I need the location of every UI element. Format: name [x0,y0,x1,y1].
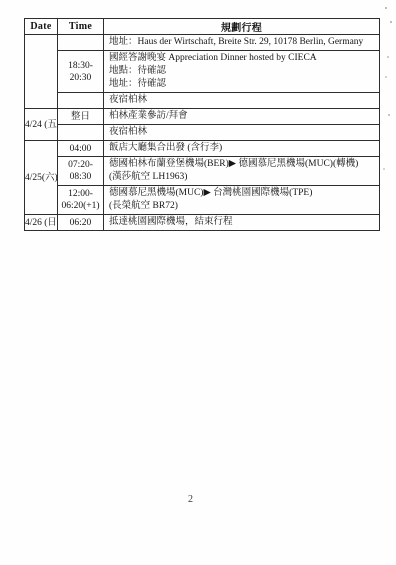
plan-line: 夜宿柏林 [109,94,376,107]
page-number: 2 [188,494,193,505]
plan-line: 地址：Haus der Wirtschaft, Breite Str. 29, … [109,36,376,49]
table-row: 18:30- 20:30 國經答謝晚宴 Appreciation Dinner … [25,51,380,93]
plan-cell: 國經答謝晚宴 Appreciation Dinner hosted by CIE… [104,51,380,93]
itinerary-table: Date Time 規劃行程 地址：Haus der Wirtschaft, B… [24,18,380,231]
plan-line: 抵達桃園國際機場，結束行程 [109,216,376,229]
plan-line: 德國柏林布蘭登堡機場(BER)▶ 德國慕尼黑機場(MUC)(轉機) [109,158,376,171]
table-row: 07:20- 08:30 德國柏林布蘭登堡機場(BER)▶ 德國慕尼黑機場(MU… [25,157,380,186]
table-row: 12:00- 06:20(+1) 德國慕尼黑機場(MUC)▶ 台灣桃園國際機場(… [25,186,380,215]
time-line: 12:00- [58,188,103,200]
plan-line: (長榮航空 BR72) [109,200,376,213]
plan-cell: 夜宿柏林 [104,125,380,141]
time-cell: 整日 [58,109,104,125]
date-cell: 4/24 (五) [25,109,58,141]
date-cell: 4/26 (日) [25,215,58,231]
scan-speck [385,7,387,9]
table-row: 4/24 (五) 整日 柏林產業參訪/拜會 [25,109,380,125]
plan-line: 柏林產業參訪/拜會 [109,110,376,123]
time-cell-empty [58,93,104,109]
time-line: 20:30 [58,72,103,84]
plan-line: 夜宿柏林 [109,126,376,139]
plan-cell: 德國柏林布蘭登堡機場(BER)▶ 德國慕尼黑機場(MUC)(轉機) (漢莎航空 … [104,157,380,186]
time-line: 08:30 [58,171,103,183]
plan-cell: 飯店大廳集合出發 (含行李) [104,141,380,157]
time-cell: 18:30- 20:30 [58,51,104,93]
plan-line: (漢莎航空 LH1963) [109,171,376,184]
time-cell: 07:20- 08:30 [58,157,104,186]
plan-line: 飯店大廳集合出發 (含行李) [109,142,376,155]
plan-cell: 抵達桃園國際機場，結束行程 [104,215,380,231]
date-cell: 4/25(六) [25,141,58,215]
time-cell: 04:00 [58,141,104,157]
scan-speck [388,114,390,116]
time-cell-empty [58,35,104,51]
time-cell: 12:00- 06:20(+1) [58,186,104,215]
table-header-row: Date Time 規劃行程 [25,19,380,35]
scan-speck [383,168,385,170]
time-line: 06:20(+1) [58,200,103,212]
time-line: 18:30- [58,60,103,72]
table-row: 夜宿柏林 [25,125,380,141]
plan-cell: 夜宿柏林 [104,93,380,109]
plan-cell: 柏林產業參訪/拜會 [104,109,380,125]
table-row: 4/25(六) 04:00 飯店大廳集合出發 (含行李) [25,141,380,157]
plan-cell: 德國慕尼黑機場(MUC)▶ 台灣桃園國際機場(TPE) (長榮航空 BR72) [104,186,380,215]
scan-speck [387,56,389,58]
date-cell-empty [25,35,58,109]
time-line: 07:20- [58,159,103,171]
plan-line: 國經答謝晚宴 Appreciation Dinner hosted by CIE… [109,52,376,65]
plan-line: 地址：待確認 [109,78,376,91]
time-cell-empty [58,125,104,141]
plan-cell: 地址：Haus der Wirtschaft, Breite Str. 29, … [104,35,380,51]
scan-speck [390,21,392,23]
time-cell: 06:20 [58,215,104,231]
column-header-date: Date [25,19,58,35]
column-header-plan: 規劃行程 [104,19,380,35]
table-row: 地址：Haus der Wirtschaft, Breite Str. 29, … [25,35,380,51]
scan-speck [385,76,387,78]
plan-line: 德國慕尼黑機場(MUC)▶ 台灣桃園國際機場(TPE) [109,187,376,200]
table-row: 4/26 (日) 06:20 抵達桃園國際機場，結束行程 [25,215,380,231]
plan-line: 地點：待確認 [109,65,376,78]
column-header-time: Time [58,19,104,35]
scanned-document-page: Date Time 規劃行程 地址：Haus der Wirtschaft, B… [0,0,396,565]
table-row: 夜宿柏林 [25,93,380,109]
